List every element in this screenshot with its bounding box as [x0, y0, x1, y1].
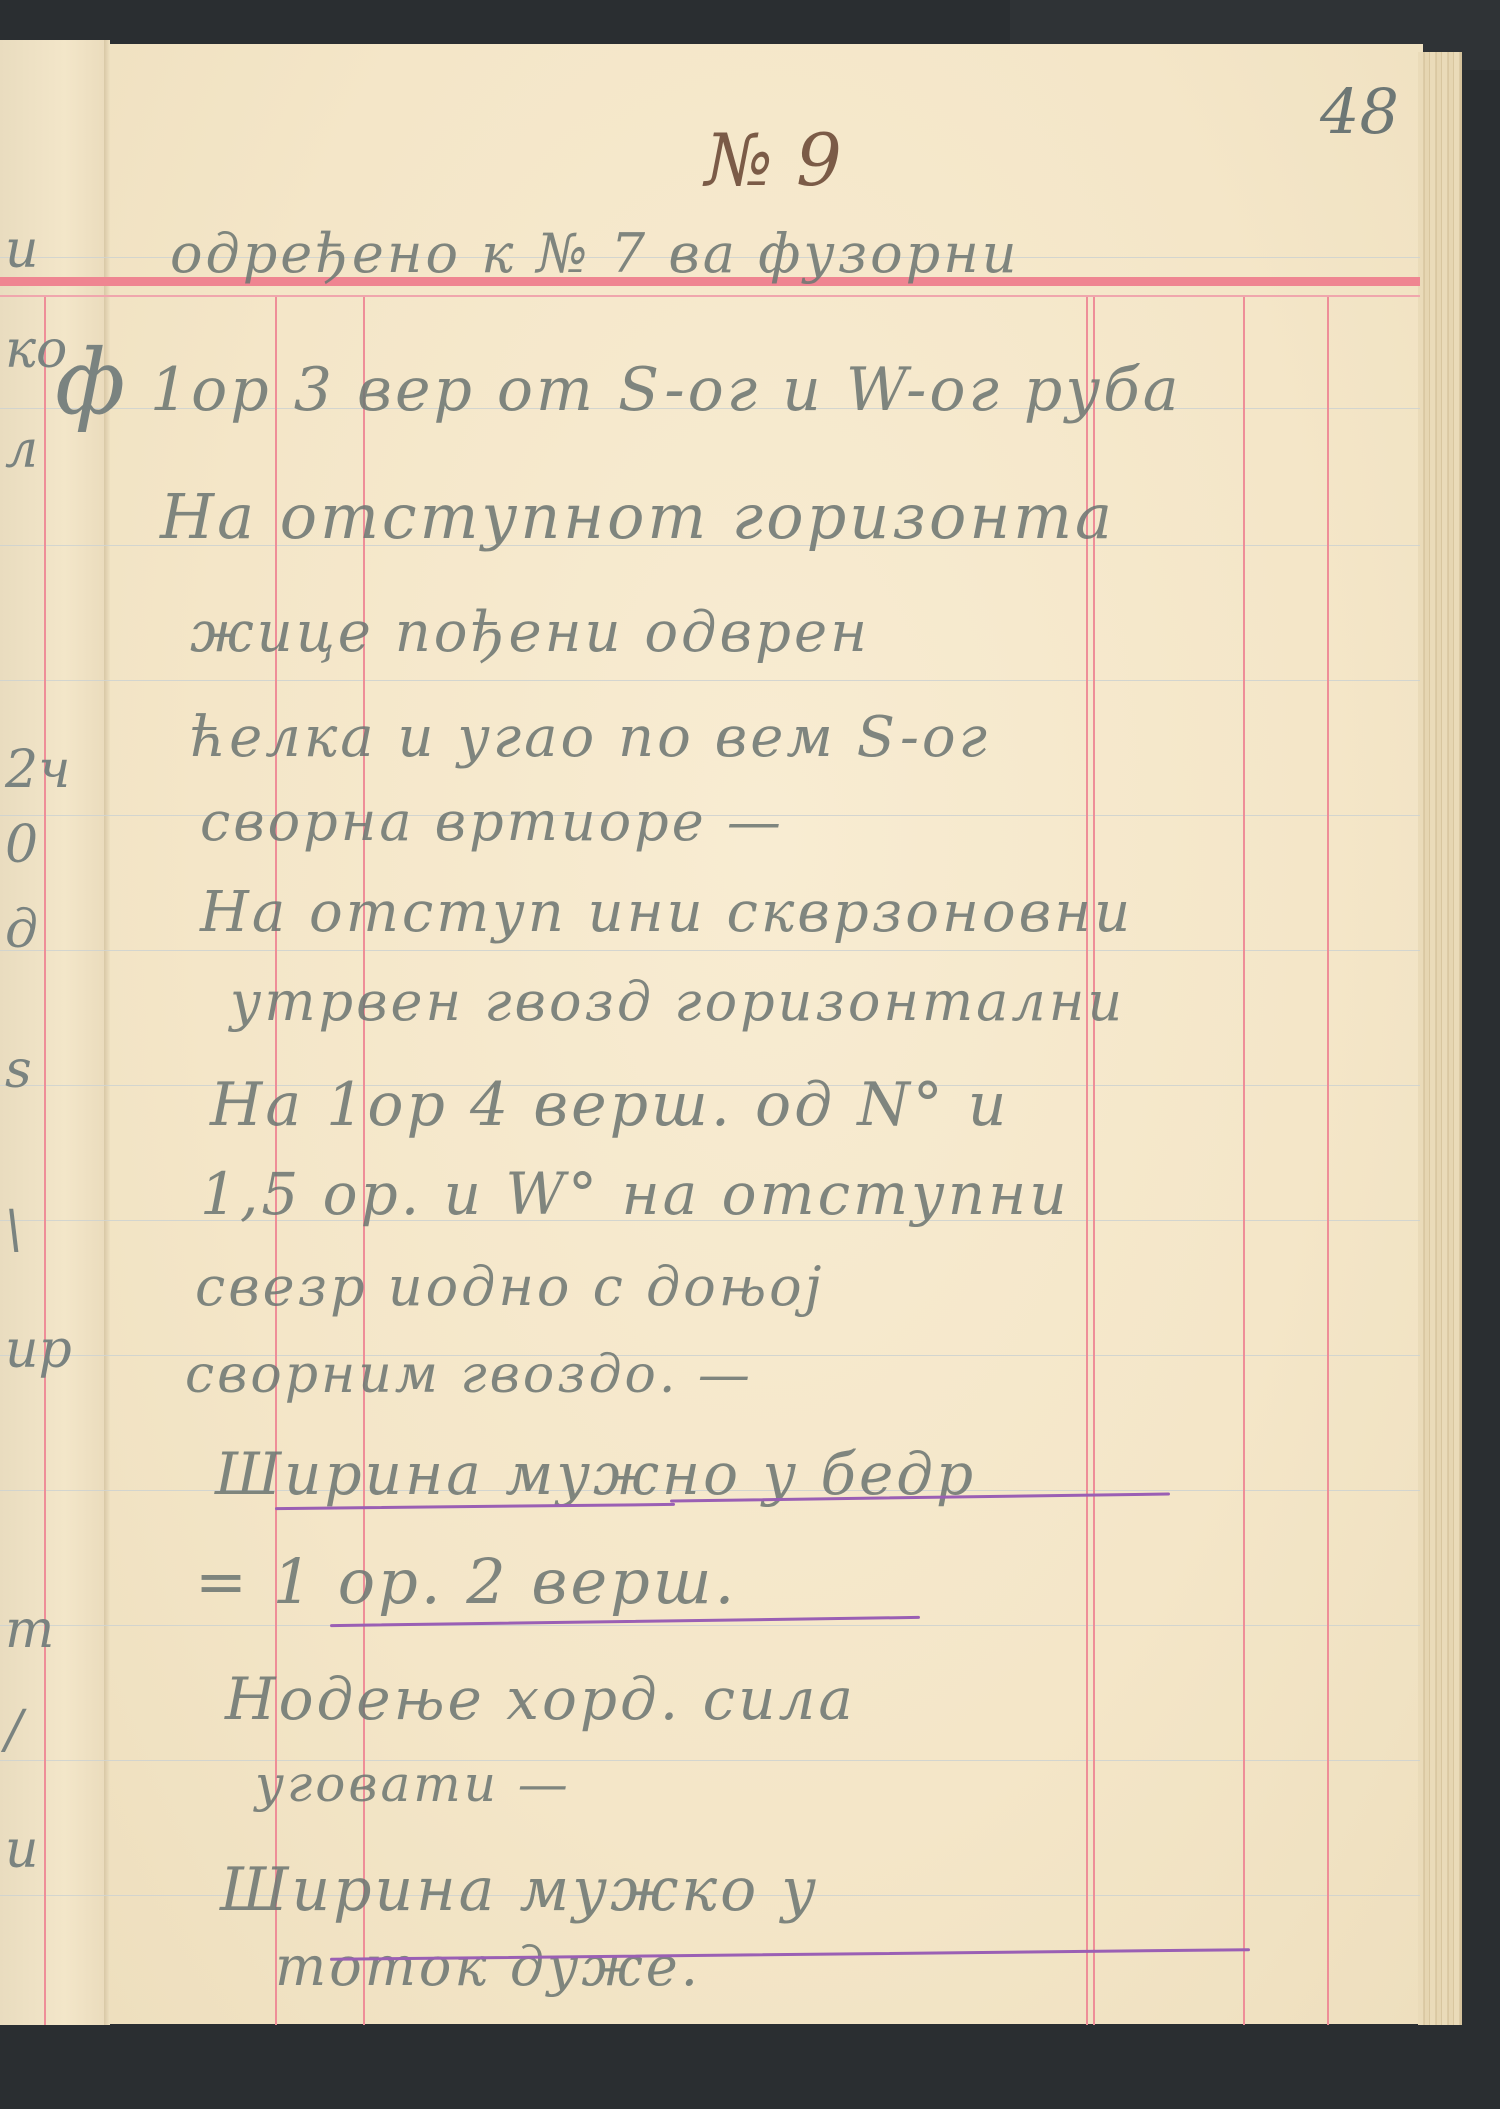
handwritten-line: На отступ ини скврзоновни: [200, 880, 1133, 945]
handwritten-line: Ширина мужко у: [220, 1855, 819, 1925]
entry-heading: № 9: [705, 118, 842, 202]
handwritten-line: Нодење хорд. сила: [225, 1665, 856, 1733]
ruled-line: [0, 1760, 1420, 1761]
facing-fragment: 0: [5, 815, 38, 875]
facing-fragment: д: [5, 900, 38, 960]
red-column-rule: [1243, 297, 1245, 2025]
handwritten-line: одређено к № 7 ва фузорни: [170, 222, 1020, 285]
red-header-rule-thin: [0, 295, 1420, 297]
facing-fragment: и: [5, 1820, 39, 1880]
facing-fragment: /: [5, 1700, 23, 1760]
page-edges: [1418, 52, 1462, 2037]
handwritten-line: ћелка и угао по вем S-ог: [190, 705, 990, 770]
handwritten-line: утрвен гвозд горизонтални: [230, 970, 1125, 1033]
handwritten-line: свезр иодно с доњој: [195, 1255, 824, 1318]
handwritten-line: На 1ор 4 верш. од N° и: [210, 1070, 1009, 1140]
handwritten-line: 1ор 3 вер от S-ог и W-ог руба: [150, 355, 1182, 425]
facing-fragment: ф: [55, 330, 125, 435]
facing-fragment: 2ч: [5, 740, 70, 800]
facing-fragment: и: [5, 220, 39, 280]
ruled-line: [0, 680, 1420, 681]
red-column-rule: [1327, 297, 1329, 2025]
facing-fragment: ир: [5, 1320, 72, 1380]
facing-fragment: \: [5, 1200, 23, 1260]
handwritten-line: На отступнот горизонта: [160, 480, 1115, 553]
handwritten-line: сворна вртиоре —: [200, 790, 784, 853]
red-column-rule: [1093, 297, 1095, 2025]
handwritten-line: = 1 ор. 2 верш.: [195, 1545, 737, 1618]
handwritten-line: уговати —: [255, 1755, 571, 1813]
handwritten-line: жицe пођени одврен: [190, 600, 870, 665]
facing-fragment: л: [5, 420, 38, 480]
handwritten-line: 1,5 ор. и W° на отступни: [200, 1160, 1070, 1228]
red-column-rule: [1086, 297, 1088, 2025]
handwritten-line: тоток дуже.: [275, 1935, 701, 1998]
ruled-line: [0, 1625, 1420, 1626]
facing-fragment: ѕ: [5, 1040, 32, 1100]
facing-fragment: т: [5, 1600, 54, 1660]
ruled-line: [0, 950, 1420, 951]
page-number: 48: [1320, 75, 1399, 148]
handwritten-line: сворним гвоздо. —: [185, 1345, 753, 1405]
red-column-rule: [44, 297, 46, 2025]
background-dark-area: [0, 2025, 1500, 2109]
